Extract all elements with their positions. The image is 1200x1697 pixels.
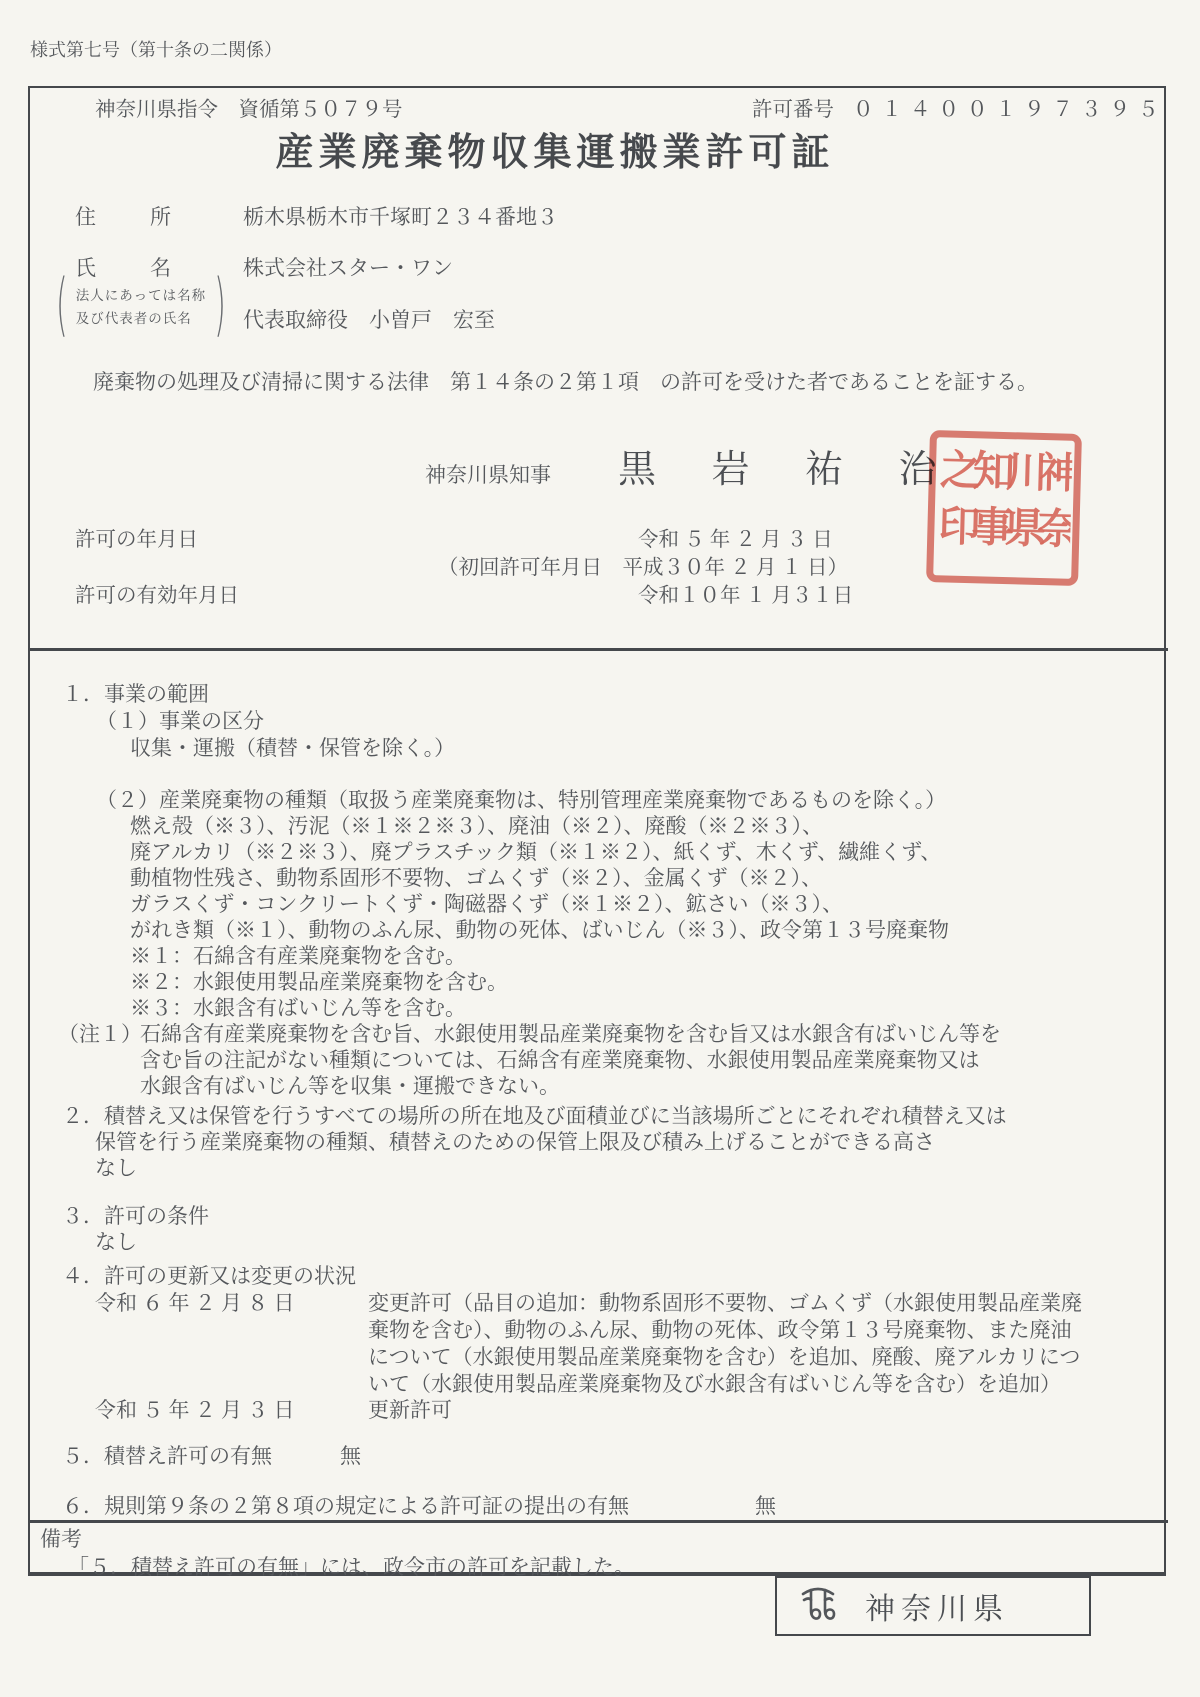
governor-title: 神奈川県知事 (425, 463, 551, 488)
corporate-note-line2: 及び代表者の氏名 (76, 307, 206, 327)
name-value: 株式会社スター・ワン (243, 256, 453, 281)
waste-line: 燃え殻（※３）、汚泥（※１※２※３）、廃油（※２）、廃酸（※２※３）、 (130, 814, 823, 839)
section2-line2: 保管を行う産業廃棄物の種類、積替えのための保管上限及び積み上げることができる高さ (95, 1130, 935, 1155)
mark-note: ※２：水銀使用製品産業廃棄物を含む。 (130, 970, 508, 995)
prefecture-stamp-box: 神奈川県 (775, 1576, 1091, 1636)
section4-heading: ４．許可の更新又は変更の状況 (62, 1264, 356, 1289)
note1-line: 水銀含有ばいじん等を収集・運搬できない。 (140, 1074, 560, 1099)
permit-document: 様式第七号（第十条の二関係） 神奈川県指令 資循第５０７９号 許可番号 ０１４０… (0, 0, 1200, 1697)
valid-date-value: 令和１０年 １ 月３１日 (638, 584, 853, 609)
section1-sub2-heading: （２）産業廃棄物の種類（取扱う産業廃棄物は、特別管理産業廃棄物であるものを除く。… (96, 788, 946, 813)
representative-value: 代表取締役 小曽戸 宏至 (243, 308, 495, 333)
governor-name: 黒 岩 祐 治 (618, 448, 937, 494)
permit-number-value: ０１４００１９７３９５ (853, 98, 1167, 123)
document-title: 産業廃棄物収集運搬業許可証 (0, 131, 1200, 177)
section5-label: ５．積替え許可の有無 (62, 1444, 272, 1469)
section1-heading: １．事業の範囲 (62, 682, 209, 707)
section-divider (28, 648, 1168, 651)
waste-line: がれき類（※１）、動物のふん尿、動物の死体、ばいじん（※３）、政令第１３号廃棄物 (130, 918, 949, 943)
address-value: 栃木県栃木市千塚町２３４番地３ (243, 205, 558, 230)
kanagawa-emblem-icon (797, 1583, 839, 1629)
section3-heading: ３．許可の条件 (62, 1204, 209, 1229)
section4-entry2-text: 更新許可 (368, 1398, 452, 1423)
remarks-text: 「５．積替え許可の有無」には、政令市の許可を記載した。 (68, 1555, 635, 1580)
section1-sub1-heading: （１）事業の区分 (96, 709, 264, 734)
section1-sub1-value: 収集・運搬（積替・保管を除く。） (130, 736, 455, 761)
directive-number: 神奈川県指令 資循第５０７９号 (95, 98, 403, 123)
section6-label: ６．規則第９条の２第８項の規定による許可証の提出の有無 (62, 1494, 629, 1519)
waste-line: 動植物性残さ、動物系固形不要物、ゴムくず（※２）、金属くず（※２）、 (130, 866, 822, 891)
form-number-label: 様式第七号（第十条の二関係） (30, 40, 282, 62)
section4-entry1-line: について（水銀使用製品産業廃棄物を含む）を追加、廃酸、廃アルカリにつ (368, 1345, 1080, 1370)
valid-date-label: 許可の有効年月日 (75, 584, 239, 609)
governor-seal: 神奈川県知事之印 (926, 430, 1082, 586)
governor-seal-text: 神奈川県知事之印 (935, 447, 1072, 568)
note1-line: 含む旨の注記がない種類については、石綿含有産業廃棄物、水銀使用製品産業廃棄物又は (140, 1048, 980, 1073)
section4-entry1-line: いて（水銀使用製品産業廃棄物及び水銀含有ばいじん等を含む）を追加） (368, 1372, 1061, 1397)
corporate-note: ( 法人にあっては名称 及び代表者の氏名 ) (56, 284, 226, 327)
corporate-note-line1: 法人にあっては名称 (76, 284, 206, 304)
section4-entry1-date: 令和 ６ 年 ２ 月 ８ 日 (95, 1291, 295, 1316)
waste-line: ガラスくず・コンクリートくず・陶磁器くず（※１※２）、鉱さい（※３）、 (130, 892, 843, 917)
address-label: 住 所 (75, 205, 175, 230)
permit-date-value: 令和 ５ 年 ２ 月 ３ 日 (638, 528, 833, 553)
first-permit-date: （初回許可年月日 平成３０年 ２ 月 １ 日） (438, 556, 848, 581)
close-paren: ) (214, 265, 226, 346)
mark-note: ※１：石綿含有産業廃棄物を含む。 (130, 944, 466, 969)
note1-line: 石綿含有産業廃棄物を含む旨、水銀使用製品産業廃棄物を含む旨又は水銀含有ばいじん等… (140, 1022, 1001, 1047)
name-label: 氏 名 (75, 256, 175, 281)
section4-entry1-line: 変更許可（品目の追加：動物系固形不要物、ゴムくず（水銀使用製品産業廃 (368, 1291, 1082, 1316)
section6-value: 無 (755, 1494, 776, 1519)
section5-value: 無 (340, 1444, 361, 1469)
note1-label: （注１） (58, 1022, 142, 1047)
remarks-divider (28, 1520, 1168, 1523)
waste-line: 廃アルカリ（※２※３）、廃プラスチック類（※１※２）、紙くず、木くず、繊維くず、 (130, 840, 941, 865)
open-paren: ( (56, 265, 68, 346)
mark-note: ※３：水銀含有ばいじん等を含む。 (130, 996, 466, 1021)
certification-statement: 廃棄物の処理及び清掃に関する法律 第１４条の２第１項 の許可を受けた者であること… (93, 370, 1038, 395)
prefecture-name: 神奈川県 (865, 1584, 1009, 1628)
remarks-label: 備考 (40, 1527, 82, 1552)
section2-value: なし (95, 1156, 137, 1181)
permit-number-label: 許可番号 (752, 98, 834, 123)
section2-line1: ２．積替え又は保管を行うすべての場所の所在地及び面積並びに当該場所ごとにそれぞれ… (62, 1104, 1007, 1129)
permit-date-label: 許可の年月日 (75, 528, 198, 553)
section4-entry2-date: 令和 ５ 年 ２ 月 ３ 日 (95, 1398, 295, 1423)
section3-value: なし (95, 1230, 137, 1255)
section4-entry1-line: 棄物を含む）、動物のふん尿、動物の死体、政令第１３号廃棄物、また廃油 (368, 1318, 1072, 1343)
